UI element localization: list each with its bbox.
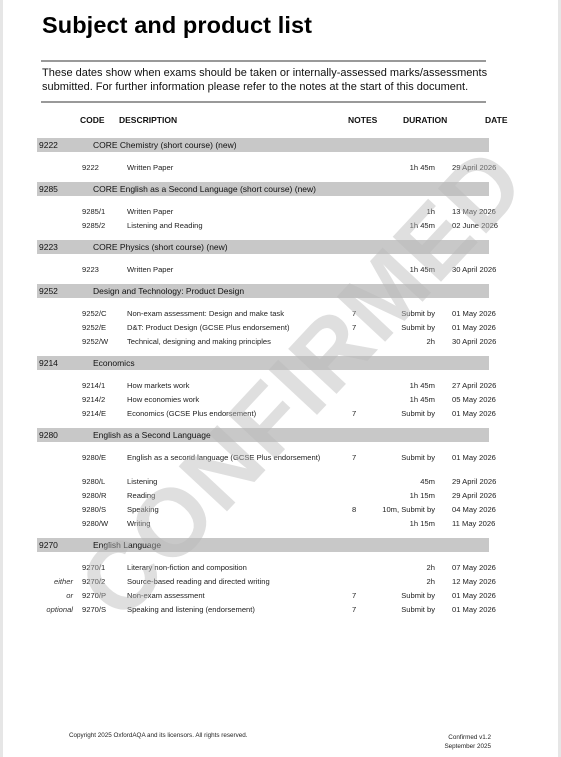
component-date: 01 May 2026 [452, 605, 496, 615]
subject-code: 9252 [39, 286, 58, 296]
component-notes: 7 [352, 409, 356, 419]
component-date: 30 April 2026 [452, 265, 496, 275]
component-code: 9285/1 [82, 207, 105, 217]
row-prefix: or [66, 591, 73, 601]
component-notes: 7 [352, 309, 356, 319]
component-code: 9270/2 [82, 577, 105, 587]
component-duration: 2h [427, 337, 435, 347]
component-duration: 1h [427, 207, 435, 217]
component-description: Economics (GCSE Plus endorsement) [127, 409, 327, 419]
component-duration: 1h 45m [410, 381, 435, 391]
component-duration: Submit by [401, 309, 435, 319]
component-duration: Submit by [401, 323, 435, 333]
subject-name: CORE English as a Second Language (short… [93, 184, 316, 194]
component-duration: Submit by [401, 409, 435, 419]
component-duration: 1h 45m [410, 221, 435, 231]
component-description: Speaking and listening (endorsement) [127, 605, 327, 615]
component-description: D&T: Product Design (GCSE Plus endorseme… [127, 323, 327, 333]
component-code: 9214/E [82, 409, 106, 419]
subject-code: 9280 [39, 430, 58, 440]
component-duration: 45m [420, 477, 435, 487]
subject-code: 9223 [39, 242, 58, 252]
component-code: 9280/E [82, 453, 106, 463]
component-notes: 7 [352, 605, 356, 615]
subject-header: 9214Economics [37, 356, 489, 370]
component-code: 9214/1 [82, 381, 105, 391]
component-duration: 1h 45m [410, 163, 435, 173]
component-code: 9270/S [82, 605, 106, 615]
component-description: Writing [127, 519, 327, 529]
component-code: 9280/S [82, 505, 106, 515]
component-duration: 2h [427, 577, 435, 587]
component-notes: 7 [352, 591, 356, 601]
component-description: Listening and Reading [127, 221, 327, 231]
component-code: 9214/2 [82, 395, 105, 405]
component-duration: 1h 15m [410, 491, 435, 501]
subject-name: CORE Chemistry (short course) (new) [93, 140, 237, 150]
component-duration: 1h 45m [410, 265, 435, 275]
component-duration: 2h [427, 563, 435, 573]
component-code: 9223 [82, 265, 99, 275]
subject-name: English as a Second Language [93, 430, 211, 440]
component-code: 9252/E [82, 323, 106, 333]
component-duration: 1h 45m [410, 395, 435, 405]
component-description: Non-exam assessment: Design and make tas… [127, 309, 327, 319]
component-description: English as a second language (GCSE Plus … [127, 453, 327, 463]
component-description: Source-based reading and directed writin… [127, 577, 327, 587]
component-date: 02 June 2026 [452, 221, 498, 231]
component-date: 05 May 2026 [452, 395, 496, 405]
subject-code: 9270 [39, 540, 58, 550]
row-prefix: optional [46, 605, 73, 615]
component-description: How markets work [127, 381, 327, 391]
component-description: Reading [127, 491, 327, 501]
component-date: 01 May 2026 [452, 309, 496, 319]
subject-code: 9285 [39, 184, 58, 194]
component-date: 29 April 2026 [452, 491, 496, 501]
component-code: 9222 [82, 163, 99, 173]
component-description: How economies work [127, 395, 327, 405]
subject-name: CORE Physics (short course) (new) [93, 242, 228, 252]
component-code: 9280/L [82, 477, 105, 487]
footer-version-label: Confirmed v1.2 [444, 733, 491, 742]
subject-header: 9222CORE Chemistry (short course) (new) [37, 138, 489, 152]
component-description: Speaking [127, 505, 327, 515]
component-duration: Submit by [401, 591, 435, 601]
component-duration: 10m, Submit by [382, 505, 435, 515]
component-code: 9280/R [82, 491, 107, 501]
subject-code: 9222 [39, 140, 58, 150]
component-date: 11 May 2026 [452, 519, 495, 529]
component-description: Written Paper [127, 265, 327, 275]
component-duration: Submit by [401, 453, 435, 463]
subject-header: 9252Design and Technology: Product Desig… [37, 284, 489, 298]
component-notes: 7 [352, 453, 356, 463]
subject-table: 9222CORE Chemistry (short course) (new)9… [3, 0, 558, 700]
component-description: Written Paper [127, 163, 327, 173]
subject-name: English Language [93, 540, 161, 550]
component-date: 27 April 2026 [452, 381, 496, 391]
component-date: 13 May 2026 [452, 207, 496, 217]
footer-version: Confirmed v1.2 September 2025 [444, 733, 491, 751]
subject-code: 9214 [39, 358, 58, 368]
subject-header: 9223CORE Physics (short course) (new) [37, 240, 489, 254]
component-code: 9252/W [82, 337, 108, 347]
component-notes: 7 [352, 323, 356, 333]
component-code: 9270/1 [82, 563, 105, 573]
component-date: 07 May 2026 [452, 563, 496, 573]
row-prefix: either [54, 577, 73, 587]
component-date: 12 May 2026 [452, 577, 496, 587]
subject-header: 9270English Language [37, 538, 489, 552]
subject-header: 9280English as a Second Language [37, 428, 489, 442]
component-duration: Submit by [401, 605, 435, 615]
component-description: Listening [127, 477, 327, 487]
component-description: Written Paper [127, 207, 327, 217]
component-code: 9285/2 [82, 221, 105, 231]
document-page: Subject and product list These dates sho… [3, 0, 558, 757]
subject-header: 9285CORE English as a Second Language (s… [37, 182, 489, 196]
footer-version-date: September 2025 [444, 742, 491, 751]
component-duration: 1h 15m [410, 519, 435, 529]
component-date: 29 April 2026 [452, 163, 496, 173]
component-code: 9270/P [82, 591, 106, 601]
component-date: 04 May 2026 [452, 505, 496, 515]
component-date: 01 May 2026 [452, 453, 496, 463]
footer-copyright: Copyright 2025 OxfordAQA and its licenso… [69, 732, 248, 739]
component-date: 01 May 2026 [452, 591, 496, 601]
component-date: 30 April 2026 [452, 337, 496, 347]
component-code: 9280/W [82, 519, 108, 529]
component-date: 01 May 2026 [452, 409, 496, 419]
component-date: 29 April 2026 [452, 477, 496, 487]
subject-name: Design and Technology: Product Design [93, 286, 244, 296]
component-code: 9252/C [82, 309, 107, 319]
component-description: Non-exam assessment [127, 591, 327, 601]
component-date: 01 May 2026 [452, 323, 496, 333]
component-description: Literary non-fiction and composition [127, 563, 327, 573]
component-notes: 8 [352, 505, 356, 515]
subject-name: Economics [93, 358, 135, 368]
component-description: Technical, designing and making principl… [127, 337, 327, 347]
